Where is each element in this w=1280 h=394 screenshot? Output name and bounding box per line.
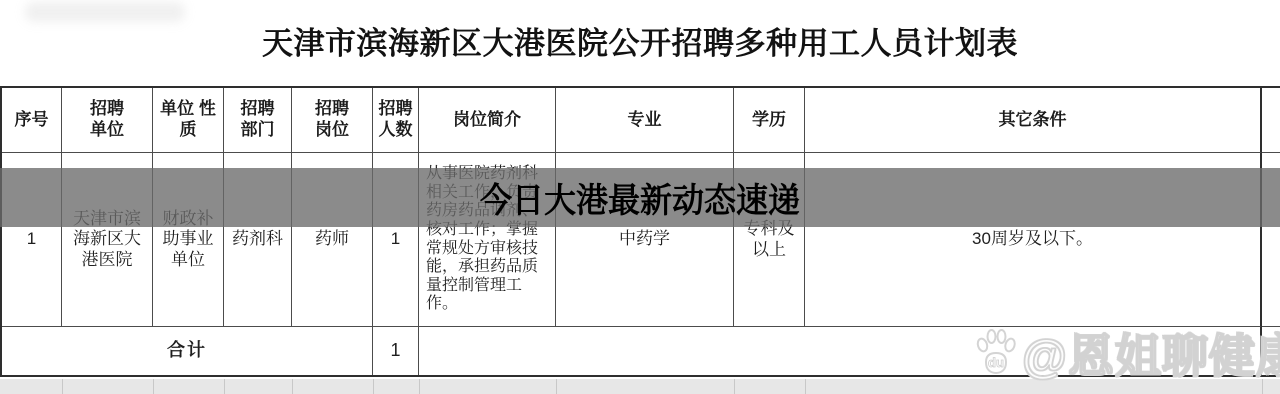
watermark-handle: @恩姐聊健康 — [1022, 320, 1280, 386]
total-headcount-cell: 1 — [373, 327, 419, 375]
col-header-major: 专业 — [556, 88, 734, 153]
col-header-unit: 招聘 单位 — [62, 88, 153, 153]
screenshot-root: 天津市滨海新区大港医院公开招聘多种用工人员计划表 序号 招聘 单位 单位 性 质… — [0, 0, 1280, 394]
page-title: 天津市滨海新区大港医院公开招聘多种用工人员计划表 — [262, 18, 1018, 63]
overlay-banner: 今日大港最新动态速递 — [0, 168, 1280, 227]
title-band: 天津市滨海新区大港医院公开招聘多种用工人员计划表 — [0, 0, 1280, 86]
baidu-paw-icon: du — [974, 328, 1018, 378]
column-tick — [62, 379, 63, 394]
watermark: du @恩姐聊健康 — [974, 318, 1280, 388]
col-header-headcount: 招聘 人数 — [373, 88, 419, 153]
column-tick — [224, 379, 225, 394]
column-tick — [556, 379, 557, 394]
total-label-cell: 合计 — [2, 327, 373, 375]
column-tick — [734, 379, 735, 394]
col-header-education: 学历 — [734, 88, 805, 153]
col-header-department: 招聘 部门 — [224, 88, 292, 153]
col-header-job-desc: 岗位简介 — [419, 88, 556, 153]
baidu-du-label: du — [988, 355, 1004, 370]
column-tick — [373, 379, 374, 394]
column-tick — [419, 379, 420, 394]
column-tick — [153, 379, 154, 394]
col-header-unit-type: 单位 性 质 — [153, 88, 224, 153]
overlay-headline: 今日大港最新动态速递 — [480, 173, 800, 222]
column-tick — [805, 379, 806, 394]
col-header-position: 招聘 岗位 — [292, 88, 373, 153]
column-tick — [292, 379, 293, 394]
col-header-other: 其它条件 — [805, 88, 1262, 153]
header-cutoff-cell — [1262, 88, 1280, 153]
col-header-seq: 序号 — [2, 88, 62, 153]
